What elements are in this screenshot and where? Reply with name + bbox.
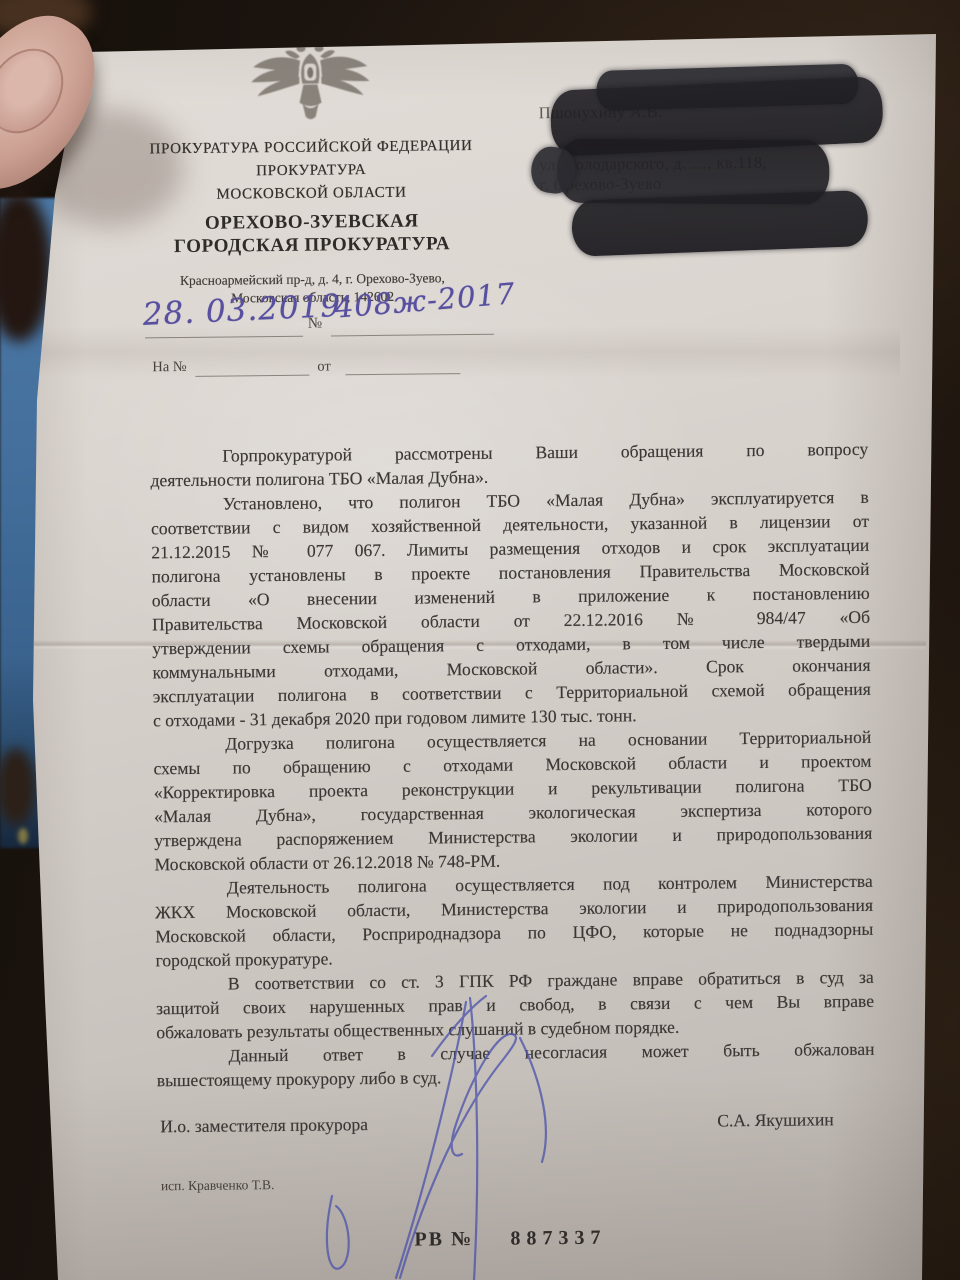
letterhead: ПРОКУРАТУРА РОССИЙСКОЙ ФЕДЕРАЦИИ ПРОКУРА… <box>129 34 494 308</box>
number-sign: № <box>308 316 322 333</box>
org-line: МОСКОВСКОЙ ОБЛАСТИ <box>130 183 492 206</box>
form-number: 887337 <box>510 1227 606 1251</box>
form-series-label: РВ № <box>414 1228 473 1252</box>
org-line: ПРОКУРАТУРА <box>130 160 492 183</box>
reference-rule <box>145 336 303 339</box>
letter-body: Горпрокуратурой рассмотрены Ваши обращен… <box>150 437 875 1092</box>
reference-rule <box>345 373 460 375</box>
coat-of-arms-eagle-icon <box>244 35 377 130</box>
reference-rule <box>331 334 494 337</box>
na-no-label: На № <box>152 359 187 376</box>
signer-position: И.о. заместителя прокурора <box>160 1114 368 1137</box>
addressee-name: Пшонухину А.В. <box>539 100 883 124</box>
addressee-block: Пшонухину А.В. ул. Володарского, д. …, к… <box>539 100 884 196</box>
marker-stroke <box>571 190 869 257</box>
office-name-line: ГОРОДСКАЯ ПРОКУРАТУРА <box>131 232 493 259</box>
photo-of-letter: ПРОКУРАТУРА РОССИЙСКОЙ ФЕДЕРАЦИИ ПРОКУРА… <box>0 0 960 1280</box>
org-line: ПРОКУРАТУРА РОССИЙСКОЙ ФЕДЕРАЦИИ <box>130 137 492 160</box>
addressee-city: г. Орехово-Зуево <box>539 172 883 196</box>
reference-rule <box>195 375 309 377</box>
executor-note: исп. Кравченко Т.В. <box>161 1177 275 1194</box>
letter-content: ПРОКУРАТУРА РОССИЙСКОЙ ФЕДЕРАЦИИ ПРОКУРА… <box>0 0 960 1280</box>
ot-label: от <box>317 358 331 375</box>
background-fleck <box>18 828 28 844</box>
signer-name: С.А. Якушихин <box>717 1109 834 1131</box>
letter-sheet: ПРОКУРАТУРА РОССИЙСКОЙ ФЕДЕРАЦИИ ПРОКУРА… <box>0 0 960 1280</box>
